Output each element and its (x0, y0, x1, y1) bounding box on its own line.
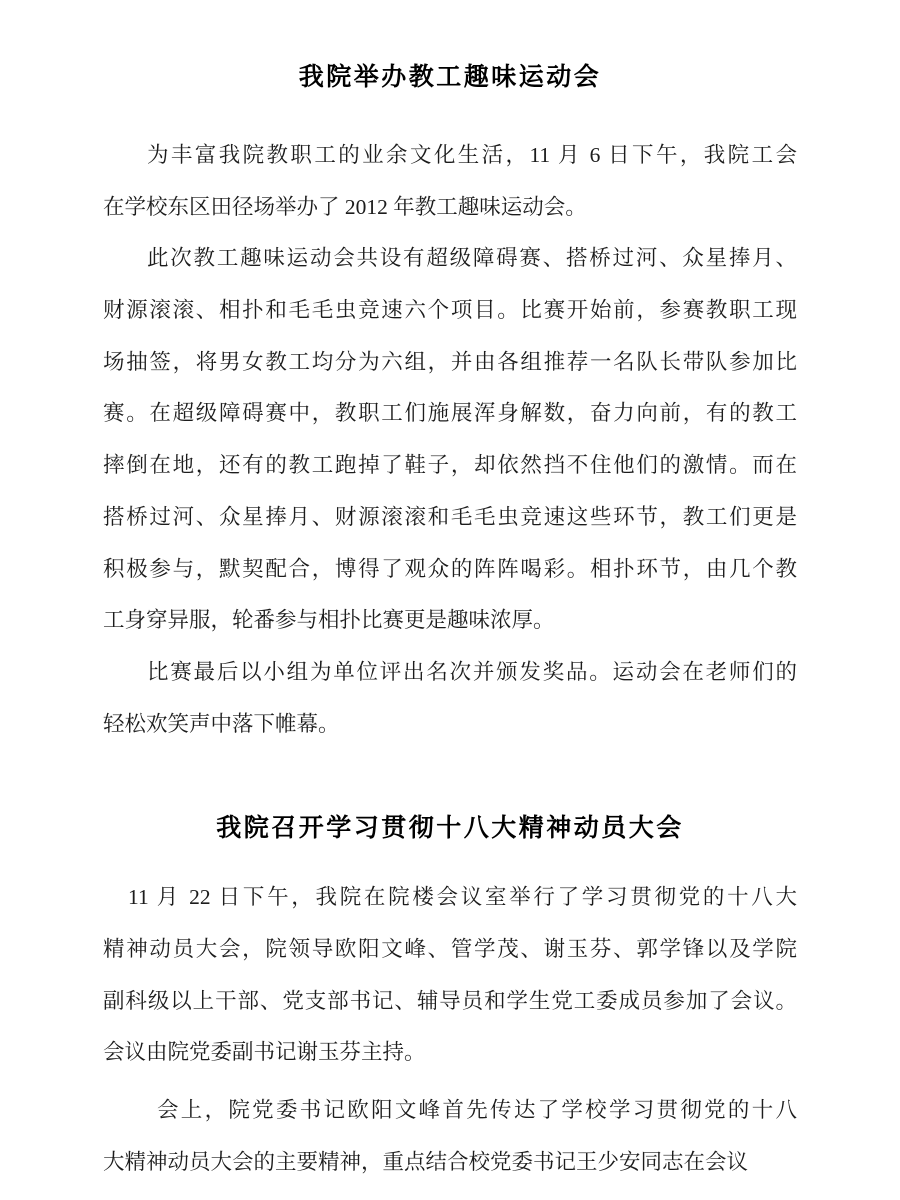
text-line: 副科级以上干部、党支部书记、辅导员和学生党工委成员参加了会议。 (103, 976, 797, 1028)
paragraph: 会上，院党委书记欧阳文峰首先传达了学校学习贯彻党的十八大精神动员大会的主要精神，… (103, 1085, 797, 1188)
text-line: 会上，院党委书记欧阳文峰首先传达了学校学习贯彻党的十八 (103, 1085, 797, 1137)
text-line: 积极参与，默契配合，博得了观众的阵阵喝彩。相扑环节，由几个教 (103, 544, 797, 596)
text-line: 财源滚滚、相扑和毛毛虫竞速六个项目。比赛开始前，参赛教职工现 (103, 285, 797, 337)
paragraph: 11 月 22 日下午，我院在院楼会议室举行了学习贯彻党的十八大精神动员大会，院… (103, 872, 797, 1079)
article-title: 我院召开学习贯彻十八大精神动员大会 (103, 802, 797, 854)
text-line: 赛。在超级障碍赛中，教职工们施展浑身解数，奋力向前，有的教工 (103, 388, 797, 440)
text-line: 场抽签，将男女教工均分为六组，并由各组推荐一名队长带队参加比 (103, 337, 797, 389)
paragraph: 比赛最后以小组为单位评出名次并颁发奖品。运动会在老师们的轻松欢笑声中落下帷幕。 (103, 647, 797, 750)
article-1: 我院召开学习贯彻十八大精神动员大会11 月 22 日下午，我院在院楼会议室举行了… (103, 802, 797, 1188)
paragraph: 此次教工趣味运动会共设有超级障碍赛、搭桥过河、众星捧月、财源滚滚、相扑和毛毛虫竞… (103, 233, 797, 647)
text-line: 为丰富我院教职工的业余文化生活，11 月 6 日下午，我院工会 (103, 130, 797, 182)
text-line: 11 月 22 日下午，我院在院楼会议室举行了学习贯彻党的十八大 (103, 872, 797, 924)
article-title: 我院举办教工趣味运动会 (103, 51, 797, 103)
text-line: 工身穿异服，轮番参与相扑比赛更是趣味浓厚。 (103, 595, 797, 647)
text-line: 在学校东区田径场举办了 2012 年教工趣味运动会。 (103, 182, 797, 234)
text-line: 摔倒在地，还有的教工跑掉了鞋子，却依然挡不住他们的激情。而在 (103, 440, 797, 492)
document-page: 我院举办教工趣味运动会为丰富我院教职工的业余文化生活，11 月 6 日下午，我院… (0, 0, 900, 1200)
text-line: 大精神动员大会的主要精神，重点结合校党委书记王少安同志在会议 (103, 1137, 797, 1189)
text-line: 轻松欢笑声中落下帷幕。 (103, 699, 797, 751)
text-line: 会议由院党委副书记谢玉芬主持。 (103, 1027, 797, 1079)
text-line: 此次教工趣味运动会共设有超级障碍赛、搭桥过河、众星捧月、 (103, 233, 797, 285)
text-line: 搭桥过河、众星捧月、财源滚滚和毛毛虫竞速这些环节，教工们更是 (103, 492, 797, 544)
text-line: 比赛最后以小组为单位评出名次并颁发奖品。运动会在老师们的 (103, 647, 797, 699)
article-0: 我院举办教工趣味运动会为丰富我院教职工的业余文化生活，11 月 6 日下午，我院… (103, 51, 797, 750)
paragraph: 为丰富我院教职工的业余文化生活，11 月 6 日下午，我院工会在学校东区田径场举… (103, 130, 797, 233)
text-line: 精神动员大会，院领导欧阳文峰、管学茂、谢玉芬、郭学锋以及学院 (103, 924, 797, 976)
